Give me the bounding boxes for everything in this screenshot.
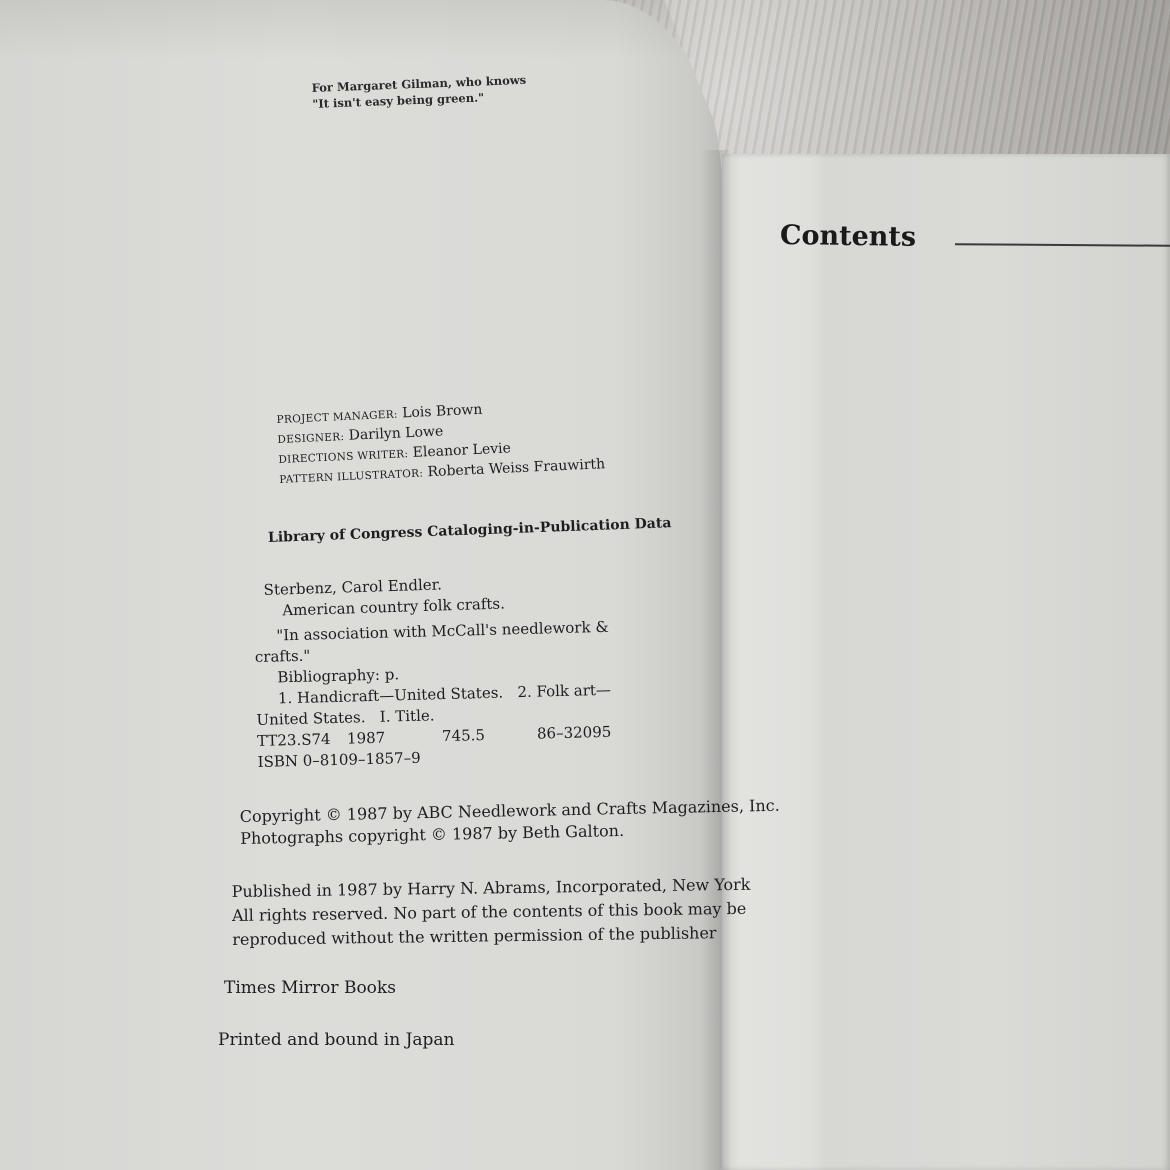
cip-author-block: Sterbenz, Carol Endler. American country… — [263, 572, 505, 622]
cip-call-number: TT23.S74 — [257, 729, 348, 752]
printed-in: Printed and bound in Japan — [218, 1030, 455, 1050]
right-page-contents — [722, 154, 1170, 1170]
cip-lccn: 86–32095 — [537, 722, 612, 745]
cip-year: 1987 — [347, 726, 443, 749]
credits-list: PROJECT MANAGER: Lois Brown DESIGNER: Da… — [276, 395, 605, 490]
publisher-notice: Published in 1987 by Harry N. Abrams, In… — [231, 873, 751, 952]
cip-details: "In association with McCall's needlework… — [254, 617, 613, 773]
imprint: Times Mirror Books — [224, 978, 396, 998]
book-gutter — [700, 150, 730, 1170]
cip-dewey: 745.5 — [442, 724, 538, 747]
contents-heading: Contents — [780, 220, 917, 253]
